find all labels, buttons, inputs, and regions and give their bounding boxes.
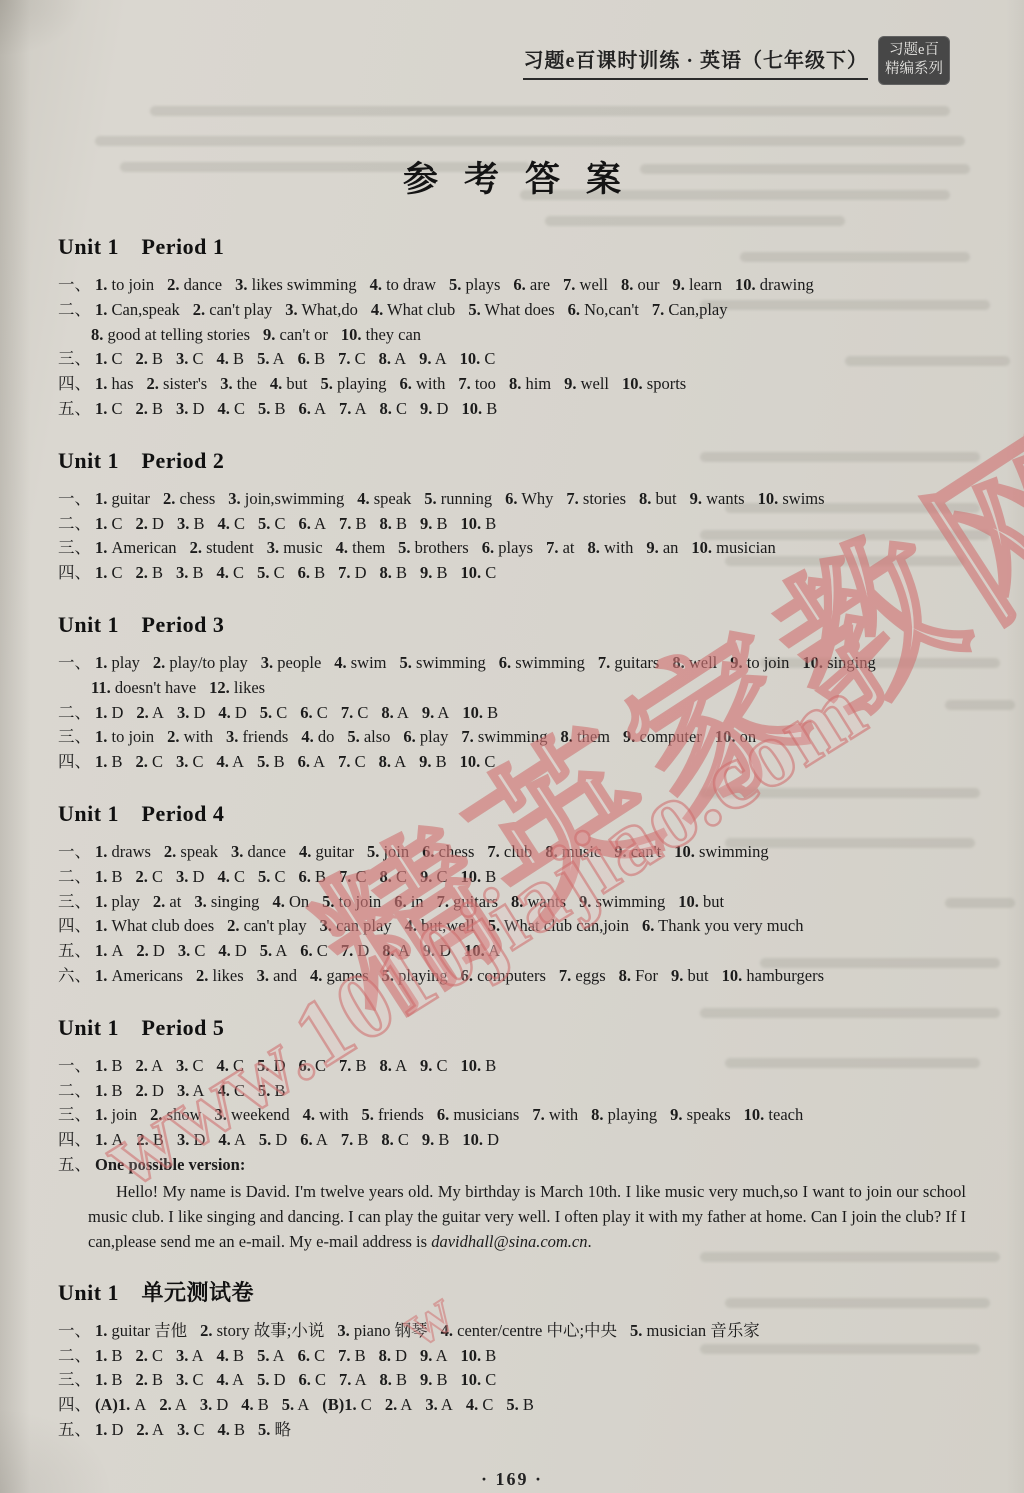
answer-line: 一、1. guitar2. chess3. join,swimming4. sp… (58, 487, 966, 512)
answer-line: 四、(A)1. A2. A3. D4. B5. A(B)1. C2. A3. A… (58, 1393, 966, 1418)
answer-line: 二、1. B2. C3. D4. C5. C6. B7. C8. C9. C10… (58, 865, 966, 890)
answer-line: 二、1. Can,speak2. can't play3. What,do4. … (58, 298, 966, 323)
page-title: 参考答案 (84, 152, 966, 202)
answer-line: 二、1. B2. C3. A4. B5. A6. C7. B8. D9. A10… (58, 1344, 966, 1369)
answer-line: 三、1. B2. B3. C4. A5. D6. C7. A8. B9. B10… (58, 1368, 966, 1393)
section-heading: Unit 1 Period 3 (58, 608, 966, 639)
book-title: 习题e百课时训练 · 英语（七年级下） (523, 44, 868, 80)
answer-line: 五、1. A2. D3. C4. D5. A6. C7. D8. A9. D10… (58, 939, 966, 964)
answer-line: 四、1. C2. B3. B4. C5. C6. B7. D8. B9. B10… (58, 561, 966, 586)
answer-line: 一、1. to join2. dance3. likes swimming4. … (58, 273, 966, 298)
page-header: 习题e百课时训练 · 英语（七年级下） 习题e百 精编系列 (523, 44, 950, 85)
answer-line: 二、1. D2. A3. D4. D5. C6. C7. C8. A9. A10… (58, 701, 966, 726)
essay-paragraph: Hello! My name is David. I'm twelve year… (88, 1179, 966, 1254)
answer-line: 三、1. play2. at3. singing4. On5. to join6… (58, 890, 966, 915)
answer-line: 五、1. D2. A3. C4. B5. 略 (58, 1418, 966, 1443)
section-heading: Unit 1 Period 4 (58, 797, 966, 828)
answer-line: 一、1. play2. play/to play3. people4. swim… (58, 651, 966, 676)
answer-sections: Unit 1 Period 1一、1. to join2. dance3. li… (58, 230, 966, 1443)
answer-line: 11. doesn't have12. likes (58, 676, 966, 701)
answer-line: 四、1. B2. C3. C4. A5. B6. A7. C8. A9. B10… (58, 750, 966, 775)
answer-line: 三、1. to join2. with3. friends4. do5. als… (58, 725, 966, 750)
page-number: · 169 · (58, 1469, 966, 1490)
answer-key-page: { "header": { "title": "习题e百课时训练 · 英语（七年… (0, 0, 1024, 1493)
section-heading: Unit 1 单元测试卷 (58, 1276, 966, 1307)
answer-line: 四、1. A2. B3. D4. A5. D6. A7. B8. C9. B10… (58, 1128, 966, 1153)
section-heading: Unit 1 Period 1 (58, 230, 966, 261)
answer-line: 8. good at telling stories9. can't or10.… (58, 323, 966, 348)
answer-section: Unit 1 Period 5一、1. B2. A3. C4. C5. D6. … (58, 1011, 966, 1254)
series-badge-line2: 精编系列 (885, 61, 943, 77)
answer-line: 三、1. American2. student3. music4. them5.… (58, 536, 966, 561)
answer-section: Unit 1 Period 4一、1. draws2. speak3. danc… (58, 797, 966, 989)
answer-line: 三、1. join2. show3. weekend4. with5. frie… (58, 1103, 966, 1128)
series-badge-line1: 习题e百 (889, 42, 939, 58)
answer-section: Unit 1 Period 2一、1. guitar2. chess3. joi… (58, 444, 966, 586)
answer-line: 六、1. Americans2. likes3. and4. games5. p… (58, 964, 966, 989)
answer-section: Unit 1 Period 1一、1. to join2. dance3. li… (58, 230, 966, 422)
answer-line: 四、1. What club does2. can't play3. can p… (58, 914, 966, 939)
answers-main: 参考答案 Unit 1 Period 1一、1. to join2. dance… (58, 0, 966, 1490)
answer-line: 三、1. C2. B3. C4. B5. A6. B7. C8. A9. A10… (58, 347, 966, 372)
answer-section: Unit 1 Period 3一、1. play2. play/to play3… (58, 608, 966, 775)
section-heading: Unit 1 Period 2 (58, 444, 966, 475)
answer-line: 二、1. B2. D3. A4. C5. B (58, 1079, 966, 1104)
answer-line: 四、1. has2. sister's3. the4. but5. playin… (58, 372, 966, 397)
series-badge: 习题e百 精编系列 (878, 36, 950, 85)
answer-section: Unit 1 单元测试卷一、1. guitar 吉他2. story 故事;小说… (58, 1276, 966, 1443)
answer-line: 一、1. draws2. speak3. dance4. guitar5. jo… (58, 840, 966, 865)
answer-line: 一、1. guitar 吉他2. story 故事;小说3. piano 钢琴4… (58, 1319, 966, 1344)
answer-line: 五、One possible version: (58, 1153, 966, 1178)
section-heading: Unit 1 Period 5 (58, 1011, 966, 1042)
answer-line: 二、1. C2. D3. B4. C5. C6. A7. B8. B9. B10… (58, 512, 966, 537)
answer-line: 一、1. B2. A3. C4. C5. D6. C7. B8. A9. C10… (58, 1054, 966, 1079)
answer-line: 五、1. C2. B3. D4. C5. B6. A7. A8. C9. D10… (58, 397, 966, 422)
